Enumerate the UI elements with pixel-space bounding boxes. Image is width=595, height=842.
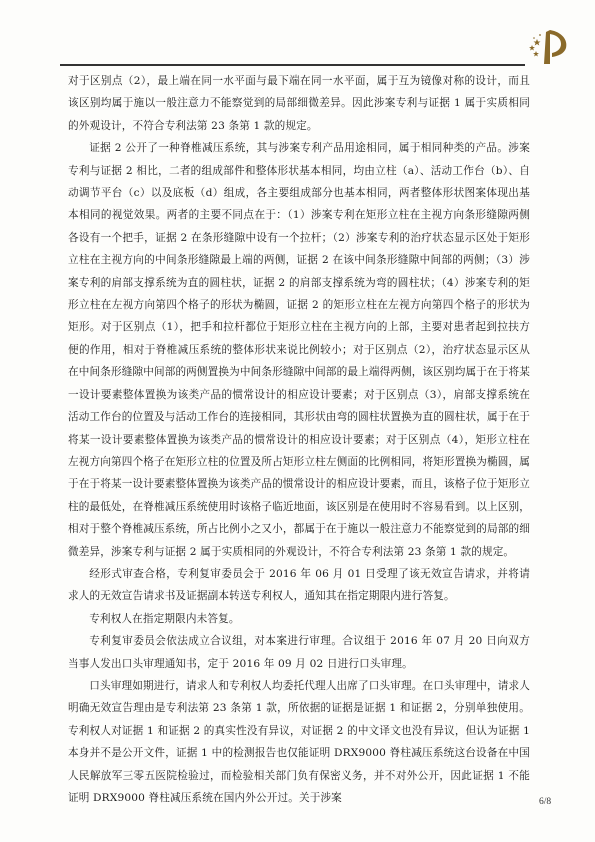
header-rule [60,64,525,66]
document-body: 对于区别点（2），最上端在同一水平面与最下端在同一水平面，属于互为镜像对称的设计… [68,70,530,809]
page-number: 6/8 [539,797,551,807]
paragraph-6: 口头审理如期进行，请求人和专利权人均委托代理人出席了口头审理。在口头审理中，请求… [68,675,530,809]
paragraph-2: 证据 2 公开了一种脊椎减压系统，其与涉案专利产品用途相同，属于相同种类的产品。… [68,137,530,563]
paragraph-4: 专利权人在指定期限内未答复。 [68,608,530,630]
paragraph-3: 经形式审查合格，专利复审委员会于 2016 年 06 月 01 日受理了该无效宣… [68,563,530,608]
patent-office-emblem-icon [528,26,570,66]
paragraph-1: 对于区别点（2），最上端在同一水平面与最下端在同一水平面，属于互为镜像对称的设计… [68,70,530,137]
paragraph-5: 专利复审委员会依法成立合议组，对本案进行审理。合议组于 2016 年 07 月 … [68,630,530,675]
